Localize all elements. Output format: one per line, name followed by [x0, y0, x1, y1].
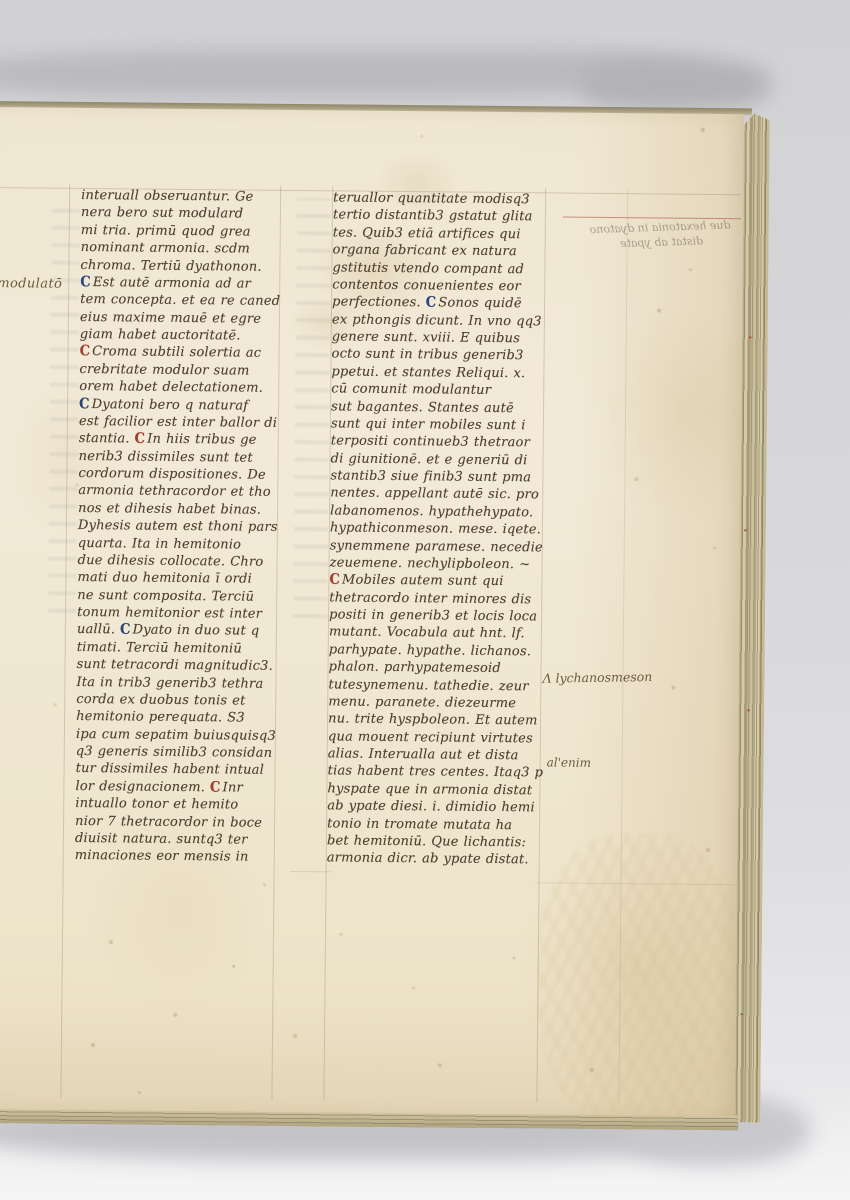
paraph-mark: C [80, 342, 91, 362]
text-column-right: teruallor quantitate modisq3tertio dista… [327, 189, 563, 869]
text-line: est facilior est inter ballor di [79, 413, 303, 433]
text-line: due dihesis collocate. Chro [78, 552, 302, 572]
text-line: interuall obseruantur. Ge [81, 187, 305, 207]
ruling-line-bottom-left [291, 871, 331, 872]
text-line: perfectiones. CSonos quidē [332, 294, 562, 314]
text-line: stantia. CIn hiis tribus ge [79, 430, 303, 450]
text-line: qua mouent recipiunt virtutes [328, 728, 558, 748]
text-line: ppetui. et stantes Reliqui. x. [331, 363, 561, 383]
text-line: giam habet auctoritatē. [80, 326, 304, 346]
text-line: quarta. Ita in hemitonio [78, 534, 302, 554]
text-line: nera bero sut modulard [81, 204, 305, 224]
text-line: tonum hemitonior est inter [77, 604, 301, 624]
show-through-marks [48, 203, 80, 613]
margin-note-modulato: modulatō [0, 276, 62, 292]
text-line: synemmene paramese. necedie [330, 537, 560, 557]
parchment-texture [536, 832, 739, 1124]
text-line: phalon. parhypatemesoid [328, 658, 558, 678]
text-line: nentes. appellant autē sic. pro [330, 485, 560, 505]
text-line: sut bagantes. Stantes autē [331, 398, 561, 418]
text-line: ex pthongis dicunt. In vno qq3 [332, 311, 562, 331]
text-line: alias. Interualla aut et dista [328, 745, 558, 765]
book: interuall obseruantur. Genera bero sut m… [0, 101, 770, 1130]
text-line: chroma. Tertiū dyathonon. [80, 256, 304, 276]
text-line: armonia tethracordor et tho [78, 482, 302, 502]
text-line: hyspate que in armonia distat [327, 780, 557, 800]
text-line: mutant. Vocabula aut hnt. lf. [329, 624, 559, 644]
text-line: CCroma subtili solertia ac [80, 343, 304, 363]
text-line: bet hemitoniū. Que lichantis: [327, 832, 557, 852]
paraph-mark: C [329, 571, 340, 591]
text-line: crebritate modulor suam [79, 361, 303, 381]
parchment-page: interuall obseruantur. Genera bero sut m… [0, 107, 744, 1116]
text-line: tias habent tres centes. Itaq3 p [327, 763, 557, 783]
text-line: ne sunt composita. Terciū [77, 587, 301, 607]
text-line: mi tria. primū quod grea [81, 222, 305, 242]
text-line: stantib3 siue finib3 sunt pma [330, 467, 560, 487]
text-line: tonio in tromate mutata ha [327, 815, 557, 835]
text-line: octo sunt in tribus generib3 [332, 346, 562, 366]
text-line: q3 generis similib3 considan [76, 743, 300, 763]
paraph-mark: C [120, 621, 131, 641]
text-line: sunt qui inter mobiles sunt i [331, 415, 561, 435]
text-line: cū comunit modulantur [331, 380, 561, 400]
text-line: tes. Quib3 etiā artifices qui [333, 224, 563, 244]
text-line: timati. Terciū hemitoniū [77, 639, 301, 659]
paraph-mark: C [210, 778, 221, 798]
paraph-mark: C [134, 430, 145, 450]
text-line: eius maxime mauē et egre [80, 309, 304, 329]
paraph-mark: C [80, 273, 91, 293]
text-line: ab ypate diesi. i. dimidio hemi [327, 797, 557, 817]
edge-stain [749, 336, 752, 338]
paraph-mark: C [426, 293, 437, 313]
text-line: hemitonio perequata. S3 [76, 708, 300, 728]
manuscript-photo: { "meta": { "scene": "photograph of an o… [0, 0, 850, 1200]
text-line: sunt tetracordi magnitudic3. [77, 656, 301, 676]
text-line: CEst autē armonia ad ar [80, 274, 304, 294]
text-line: minaciones eor mensis in [75, 847, 299, 867]
text-line: lor designacionem. CInr [75, 778, 299, 798]
text-line: menu. paranete. diezeurme [328, 693, 558, 713]
margin-note-lychanosmeson: Λ lychanosmeson [542, 669, 652, 686]
text-line: nos et dihesis habet binas. [78, 500, 302, 520]
text-line: Dyhesis autem est thoni pars [78, 517, 302, 537]
text-line: Ita in trib3 generib3 tethra [76, 673, 300, 693]
text-line: contentos conuenientes eor [332, 276, 562, 296]
text-line: uallū. CDyato in duo sut q [77, 621, 301, 641]
text-line: tutesynemenu. tathedie. zeur [328, 676, 558, 696]
text-line: nerib3 dissimiles sunt tet [79, 448, 303, 468]
text-line: orem habet delectationem. [79, 378, 303, 398]
text-line: CMobiles autem sunt qui [329, 572, 559, 592]
text-line: corda ex duobus tonis et [76, 691, 300, 711]
edge-stain [744, 529, 747, 531]
text-line: diuisit natura. suntq3 ter [75, 830, 299, 850]
text-line: parhypate. hypathe. lichanos. [329, 641, 559, 661]
text-column-left: interuall obseruantur. Genera bero sut m… [75, 187, 305, 867]
text-line: tem concepta. et ea re caned [80, 291, 304, 311]
text-line: teruallor quantitate modisq3 [333, 189, 563, 209]
text-line: genere sunt. xviii. E quibus [332, 328, 562, 348]
text-line: hypathiconmeson. mese. iqete. [330, 519, 560, 539]
text-line: thetracordo inter minores dis [329, 589, 559, 609]
text-line: di giunitionē. et e generiū di [330, 450, 560, 470]
text-line: gstitutis vtendo compant ad [332, 259, 562, 279]
edge-stain [747, 709, 750, 711]
text-line: labanomenos. hypathehypato. [330, 502, 560, 522]
text-line: organa fabricant ex natura [333, 241, 563, 261]
text-line: ipa cum sepatim buiusquisq3 [76, 726, 300, 746]
show-through-note: due hexatonia in dyatono distat ab ypate [562, 217, 731, 253]
text-line: zeuemene. nechylipboleon. ~ [329, 554, 559, 574]
text-line: CDyatoni bero q naturaf [79, 395, 303, 415]
edge-stain [740, 1013, 743, 1015]
cast-shadow-top-right [580, 58, 770, 110]
text-line: positi in generib3 et locis loca [329, 606, 559, 626]
text-line: nu. trite hyspboleon. Et autem [328, 711, 558, 731]
text-line: tur dissimiles habent intual [76, 760, 300, 780]
text-line: tertio distantib3 gstatut glita [333, 207, 563, 227]
margin-note-alenim: al'enim [547, 755, 591, 769]
text-line: intuallo tonor et hemito [75, 795, 299, 815]
text-line: nominant armonia. scdm [81, 239, 305, 259]
paraph-mark: C [79, 394, 90, 414]
text-line: terpositi continueb3 thetraor [331, 433, 561, 453]
text-line: mati duo hemitonia ī ordi [77, 569, 301, 589]
text-line: nior 7 thetracordor in boce [75, 812, 299, 832]
text-line: armonia dicr. ab ypate distat. [327, 850, 557, 870]
text-line: cordorum dispositiones. De [78, 465, 302, 485]
